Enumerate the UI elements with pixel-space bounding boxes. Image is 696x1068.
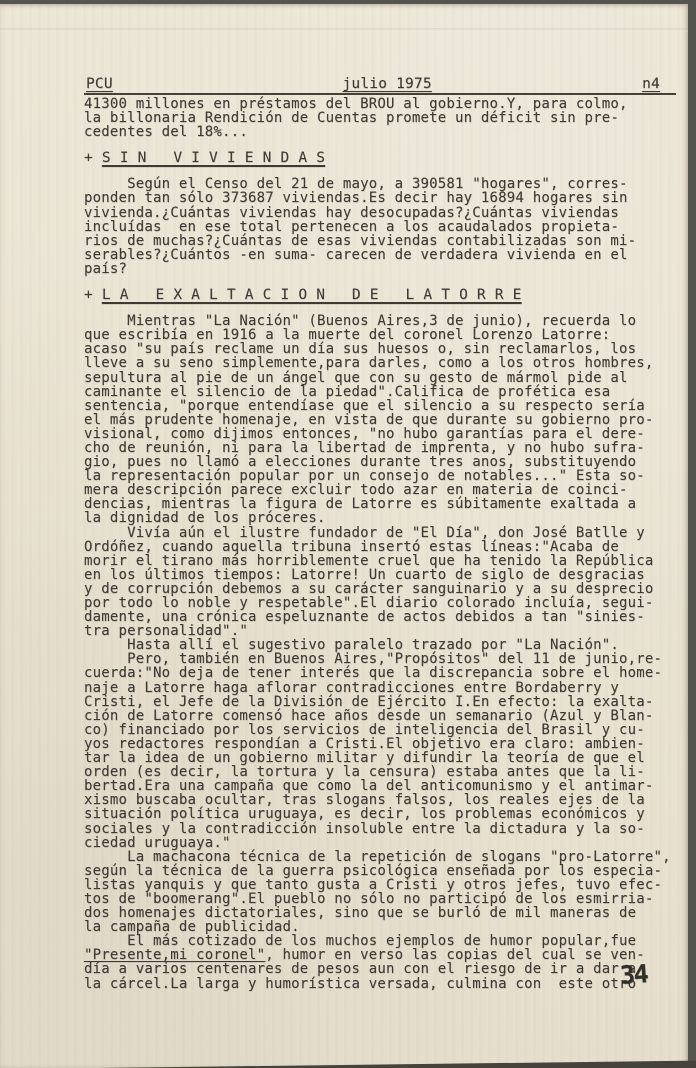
text-line: La machacona técnica de la repetición de… xyxy=(84,850,688,864)
text-line: mera descripción parece excluir todo aza… xyxy=(84,483,688,497)
text-line: "Presente,mi coronel", humor en verso la… xyxy=(84,948,688,962)
heading-text: S I N _ V I V I E N D A S xyxy=(102,150,325,166)
text-line: el más prudente homenaje, en vista de qu… xyxy=(84,413,688,427)
text-line: la cárcel.La larga y humorística versada… xyxy=(84,977,688,991)
text-line: naje a Latorre haga aflorar contradiccio… xyxy=(84,681,688,695)
text-line: dencias, mientras la figura de Latorre e… xyxy=(84,497,688,511)
text-line: Vivía aún el ilustre fundador de "El Día… xyxy=(84,526,688,540)
text-line: yos redactores respondían a Cristi.El ob… xyxy=(84,737,688,751)
text-line: El más cotizado de los muchos ejemplos d… xyxy=(84,934,688,948)
text-line: país? xyxy=(84,262,688,276)
page-header: PCU julio 1975 n4 xyxy=(84,74,676,95)
text-line: visional, como dijimos entonces, "no hub… xyxy=(84,427,688,441)
text-line: tar la idea de un gobierno militar y dif… xyxy=(84,751,688,765)
text-line: tos de "boomerang".El pueblo no sólo no … xyxy=(84,892,688,906)
heading-plus-marker: + xyxy=(84,150,102,166)
text-line: morir el tirano más horriblemente cruel … xyxy=(84,554,688,568)
section-heading: + L A _ E X A L T A C I O N _ D E _ L A … xyxy=(84,288,688,302)
text-line: lleve a su seno simplemente,para darles,… xyxy=(84,356,688,370)
text-line: día a varios centenares de pesos aun con… xyxy=(84,962,688,976)
section-heading: + S I N _ V I V I E N D A S xyxy=(84,151,688,165)
heading-text: L A _ E X A L T A C I O N _ D E _ L A T … xyxy=(102,287,522,303)
text-line: sepultura al pie de un ángel que con su … xyxy=(84,371,688,385)
text-line: según la técnica de la guerra psicológic… xyxy=(84,864,688,878)
text-line: Hasta allí el sugestivo paralelo trazado… xyxy=(84,638,688,652)
text-line: serables?¿Cuántos -en suma- carecen de v… xyxy=(84,248,688,262)
text-line: la campaña de publicidad. xyxy=(84,920,688,934)
text-line: la representación popular por un consejo… xyxy=(84,469,688,483)
text-line: sociales y la contradicción insoluble en… xyxy=(84,822,688,836)
text-line: listas yanquis y que tanto gusta a Crist… xyxy=(84,878,688,892)
text-line: dos homenajes dictatoriales, sino que se… xyxy=(84,906,688,920)
text-line: cho de reunión, ni para la libertad de i… xyxy=(84,441,688,455)
text-line: acaso "su país reclame un día sus huesos… xyxy=(84,342,688,356)
text-line: caminante el silencio de la piedad".Cali… xyxy=(84,385,688,399)
text-line: cuerda:"No deja de tener interés que la … xyxy=(84,666,688,680)
text-line: por todo lo noble y respetable".El diari… xyxy=(84,596,688,610)
text-line: bertad.Era una campaña que como la del a… xyxy=(84,779,688,793)
text-line: la billonaria Rendición de Cuentas prome… xyxy=(84,111,688,125)
text-line: Ordóñez, cuando aquella tribuna insertó … xyxy=(84,540,688,554)
text-line: vivienda.¿Cuántas viviendas hay desocupa… xyxy=(84,206,688,220)
text-line: rios de muchas?¿Cuántas de esas vivienda… xyxy=(84,234,688,248)
text-line: ponden tan sólo 373687 viviendas.Es deci… xyxy=(84,191,688,205)
page-number: 34 xyxy=(619,959,648,990)
text-line: Cristi, el Jefe de la División de Ejérci… xyxy=(84,695,688,709)
header-issue-number: n4 xyxy=(642,76,660,92)
text-line: y de corrupción debemos a su carácter sa… xyxy=(84,582,688,596)
document-body: 41300 millones en préstamos del BROU al … xyxy=(84,97,688,991)
text-line: orden (es decir, la tortura y la censura… xyxy=(84,765,688,779)
text-line: gio, pues no llamó a elecciones durante … xyxy=(84,455,688,469)
text-line: co) financiado por los servicios de inte… xyxy=(84,723,688,737)
text-line: damente, una crónica espeluznante de act… xyxy=(84,610,688,624)
header-date: julio 1975 xyxy=(342,76,431,92)
text-line: Pero, también en Buenos Aires,"Propósito… xyxy=(84,652,688,666)
text-line: la dignidad de los próceres. xyxy=(84,511,688,525)
text-line: que escribía en 1916 a la muerte del cor… xyxy=(84,328,688,342)
heading-plus-marker: + xyxy=(84,287,102,303)
text-line: sentencia, "porque entendíase que el sil… xyxy=(84,399,688,413)
text-line: situación política uruguaya, es decir, l… xyxy=(84,807,688,821)
text-line: ción de Latorre comensó hace años desde … xyxy=(84,709,688,723)
text-line: Según el Censo del 21 de mayo, a 390581 … xyxy=(84,177,688,191)
text-line: incluídas en ese total pertenecen a los … xyxy=(84,220,688,234)
text-line: xismo buscaba ocultar, tras slogans fals… xyxy=(84,793,688,807)
text-line: cedentes del 18%... xyxy=(84,125,688,139)
text-line: 41300 millones en préstamos del BROU al … xyxy=(84,97,688,111)
header-publication: PCU xyxy=(86,76,113,92)
text-line: Mientras "La Nación" (Buenos Aires,3 de … xyxy=(84,314,688,328)
text-line: en los últimos tiempos: Latorre! Un cuar… xyxy=(84,568,688,582)
text-line: tra personalidad"." xyxy=(84,624,688,638)
scanned-page: PCU julio 1975 n4 41300 millones en prés… xyxy=(0,4,688,1068)
text-line: ciedad uruguaya." xyxy=(84,836,688,850)
paper-crease xyxy=(0,28,688,32)
